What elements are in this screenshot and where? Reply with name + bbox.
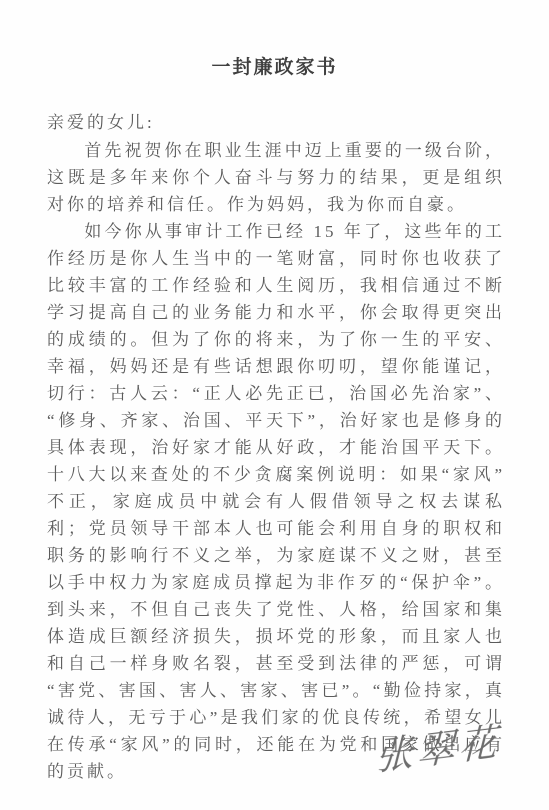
- letter-paragraph-1: 首先祝贺你在职业生涯中迈上重要的一级台阶，这既是多年来你个人奋斗与努力的结果，更…: [47, 137, 505, 218]
- salutation: 亲爱的女儿:: [47, 109, 505, 136]
- letter-paragraph-2: 如今你从事审计工作已经 15 年了，这些年的工作经历是你人生当中的一笔财富，同时…: [47, 218, 505, 785]
- letter-page: 一封廉政家书 亲爱的女儿: 首先祝贺你在职业生涯中迈上重要的一级台阶，这既是多年…: [0, 0, 549, 810]
- letter-title: 一封廉政家书: [0, 0, 549, 79]
- letter-body: 亲爱的女儿: 首先祝贺你在职业生涯中迈上重要的一级台阶，这既是多年来你个人奋斗与…: [0, 79, 549, 785]
